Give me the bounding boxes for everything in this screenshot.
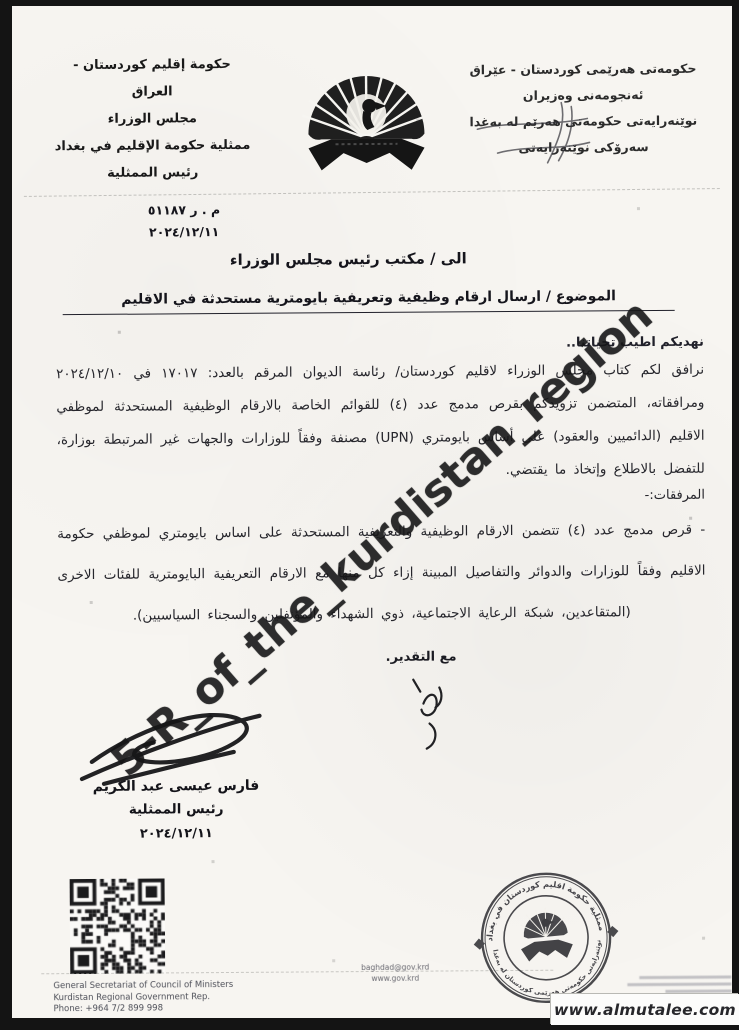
signatory-block: فارس عيسى عبد الكريم رئيس الممثلية ٢٠٢٤/… [72,774,280,847]
footer-org-block: General Secretariat of Council of Minist… [53,979,303,1015]
footer-contact-block: baghdad@gov.krd www.gov.krd [336,961,454,984]
qr-code [70,878,166,974]
subject-line: الموضوع / ارسال ارقام وظيفية وتعريفية با… [63,288,675,315]
footer-phone: Phone: +964 7/2 899 998 [54,1002,304,1015]
recipient-line: الى / مكتب رئيس مجلس الوزراء [183,249,513,269]
header-arabic-block: حكومة إقليم كوردستان - العراق مجلس الوزر… [52,51,253,187]
header-arabic-line: حكومة إقليم كوردستان - العراق [52,51,252,106]
official-seal-stamp: ممثلية حكومة اقليم كوردستان في بغداد نوێ… [458,866,639,1013]
reference-block: م . ر ٥١١٨٧ ٢٠٢٤/١٢/١١ [124,199,244,244]
scanned-letter: حكومة إقليم كوردستان - العراق مجلس الوزر… [0,0,739,1030]
footer-website: www.gov.krd [336,972,454,984]
reference-number: م . ر ٥١١٨٧ [124,199,244,222]
reference-date: ٢٠٢٤/١٢/١١ [124,221,244,244]
footer-email: baghdad@gov.krd [336,961,454,973]
header-arabic-line: رئيس الممثلية [53,159,253,187]
site-watermark: www.almutalee.com [551,994,739,1025]
krg-eagle-emblem-icon [290,53,443,188]
signatory-name: فارس عيسى عبد الكريم [72,774,280,799]
header-arabic-line: ممثلية حكومة الإقليم في بغداد [52,132,252,160]
header-kurdish-line: حكومه‌تی هه‌رێمی كوردستان - عێراق [445,56,721,84]
signatory-date: ٢٠٢٤/١٢/١١ [72,821,280,847]
header-arabic-line: مجلس الوزراء [52,105,252,133]
handwritten-mark [465,98,646,173]
header-divider-line [24,188,720,197]
attachments-label: المرفقات:- [505,488,705,504]
signatory-title: رئيس الممثلية [72,798,280,822]
